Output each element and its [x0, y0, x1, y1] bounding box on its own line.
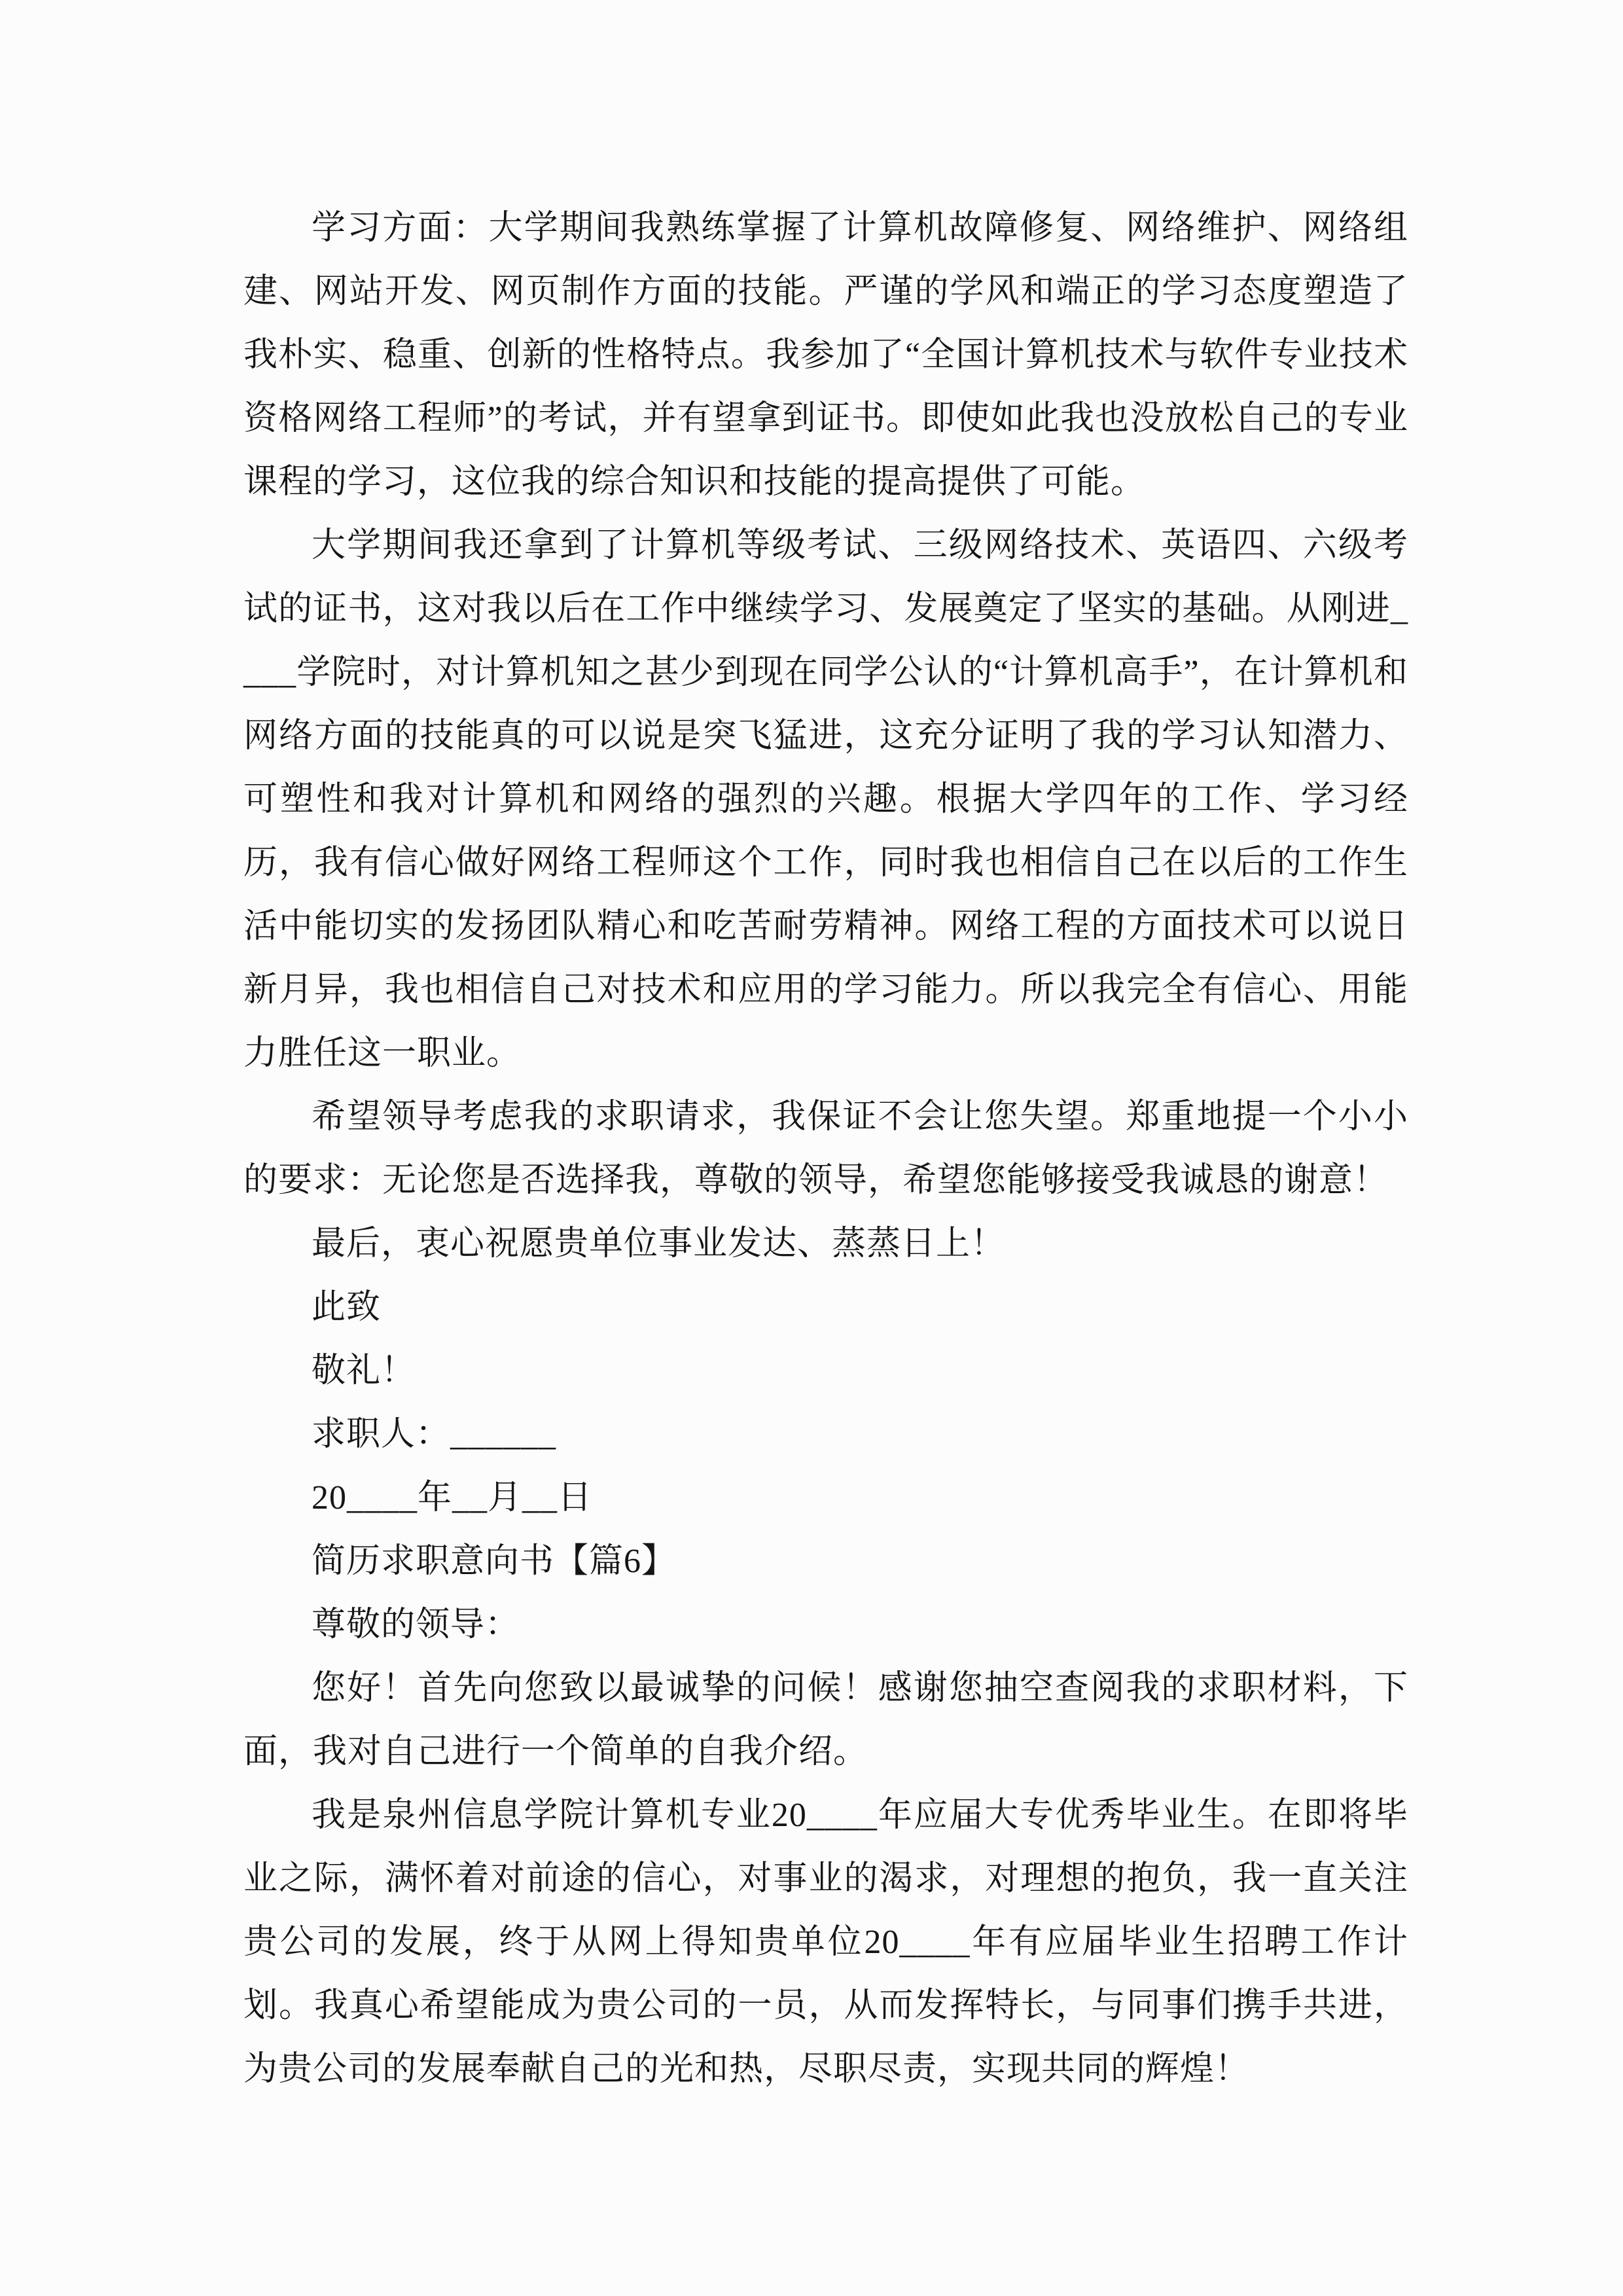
paragraph: 尊敬的领导：	[243, 1593, 1408, 1657]
document-page: 学习方面：大学期间我熟练掌握了计算机故障修复、网络维护、网络组建、网站开发、网页…	[0, 0, 1623, 2296]
paragraph: 20____年__月__日	[243, 1466, 1408, 1530]
paragraph: 敬礼！	[243, 1339, 1408, 1403]
paragraph: 您好！首先向您致以最诚挚的问候！感谢您抽空查阅我的求职材料，下面，我对自己进行一…	[243, 1657, 1408, 1784]
paragraph: 学习方面：大学期间我熟练掌握了计算机故障修复、网络维护、网络组建、网站开发、网页…	[243, 196, 1408, 514]
paragraph: 最后，衷心祝愿贵单位事业发达、蒸蒸日上！	[243, 1212, 1408, 1276]
paragraph: 简历求职意向书【篇6】	[243, 1530, 1408, 1593]
paragraph: 我是泉州信息学院计算机专业20____年应届大专优秀毕业生。在即将毕业之际，满怀…	[243, 1784, 1408, 2101]
paragraph: 求职人：______	[243, 1403, 1408, 1466]
paragraph: 希望领导考虑我的求职请求，我保证不会让您失望。郑重地提一个小小的要求：无论您是否…	[243, 1085, 1408, 1212]
document-body: 学习方面：大学期间我熟练掌握了计算机故障修复、网络维护、网络组建、网站开发、网页…	[243, 196, 1408, 2101]
paragraph: 大学期间我还拿到了计算机等级考试、三级网络技术、英语四、六级考试的证书，这对我以…	[243, 514, 1408, 1085]
paragraph: 此致	[243, 1276, 1408, 1339]
